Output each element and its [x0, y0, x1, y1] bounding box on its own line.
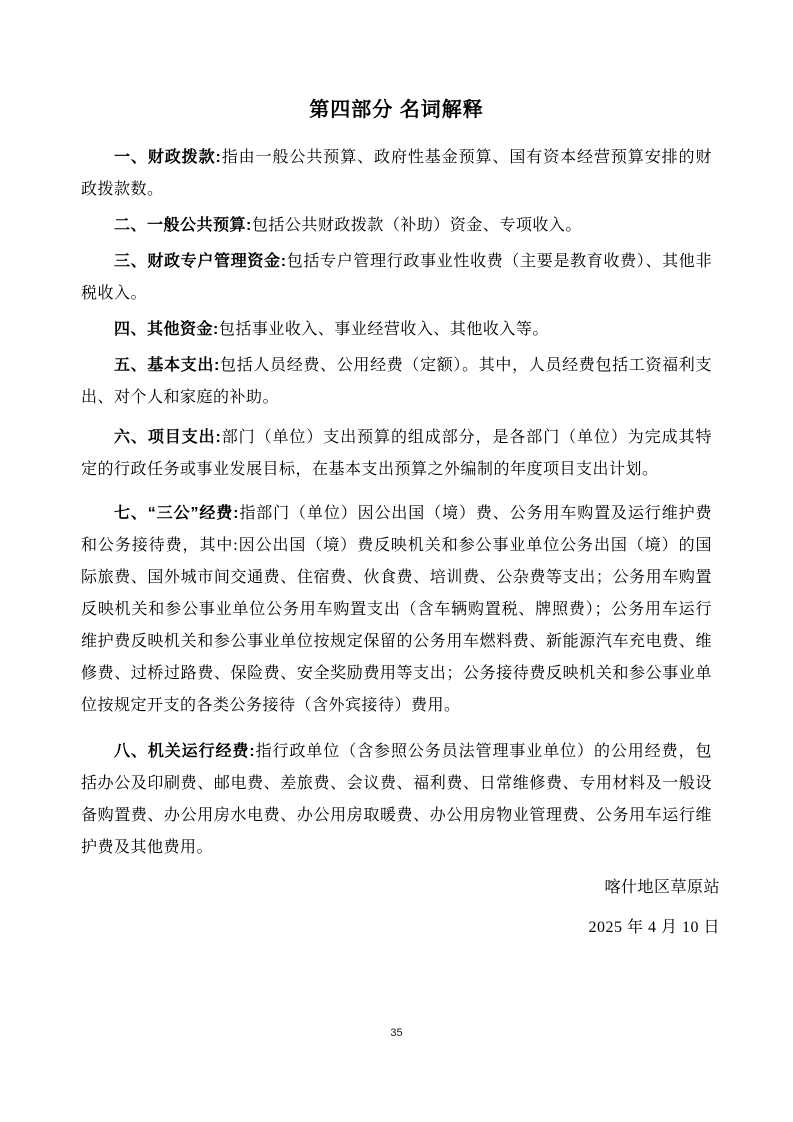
- page-title: 第四部分 名词解释: [81, 96, 712, 124]
- definition-item: 六、项目支出:部门（单位）支出预算的组成部分，是各部门（单位）为完成其特定的行政…: [81, 422, 712, 486]
- definition-item: 四、其他资金:包括事业收入、事业经营收入、其他收入等。: [81, 314, 712, 346]
- definition-item: 一、财政拨款:指由一般公共预算、政府性基金预算、国有资本经营预算安排的财政拨款数…: [81, 142, 712, 206]
- definition-term: 二、一般公共预算:: [114, 217, 252, 234]
- definition-body: 包括事业收入、事业经营收入、其他收入等。: [219, 321, 549, 338]
- definition-term: 五、基本支出:: [114, 357, 220, 374]
- definition-term: 三、财政专户管理资金:: [114, 253, 287, 270]
- signature-org: 喀什地区草原站: [81, 872, 720, 904]
- document-page: 第四部分 名词解释 一、财政拨款:指由一般公共预算、政府性基金预算、国有资本经营…: [0, 0, 793, 1122]
- signature-date: 2025 年 4 月 10 日: [81, 912, 720, 944]
- definition-item: 五、基本支出:包括人员经费、公用经费（定额）。其中，人员经费包括工资福利支出、对…: [81, 350, 712, 414]
- definition-term: 八、机关运行经费:: [114, 743, 255, 760]
- definition-item: 三、财政专户管理资金:包括专户管理行政事业性收费（主要是教育收费）、其他非税收入…: [81, 246, 712, 310]
- definition-term: 六、项目支出:: [114, 429, 221, 446]
- definition-item: 八、机关运行经费:指行政单位（含参照公务员法管理事业单位）的公用经费，包括办公及…: [81, 736, 712, 864]
- page-number: 35: [0, 1027, 793, 1039]
- definition-term: 一、财政拨款:: [114, 149, 221, 166]
- definition-term: 四、其他资金:: [114, 321, 219, 338]
- definition-body: 包括公共财政拨款（补助）资金、专项收入。: [252, 217, 582, 234]
- definition-term: 七、“三公”经费:: [114, 505, 239, 522]
- definition-body: 指部门（单位）因公出国（境）费、公务用车购置及运行维护费和公务接待费，其中:因公…: [81, 505, 712, 714]
- definition-item: 二、一般公共预算:包括公共财政拨款（补助）资金、专项收入。: [81, 210, 712, 242]
- definition-item: 七、“三公”经费:指部门（单位）因公出国（境）费、公务用车购置及运行维护费和公务…: [81, 498, 712, 722]
